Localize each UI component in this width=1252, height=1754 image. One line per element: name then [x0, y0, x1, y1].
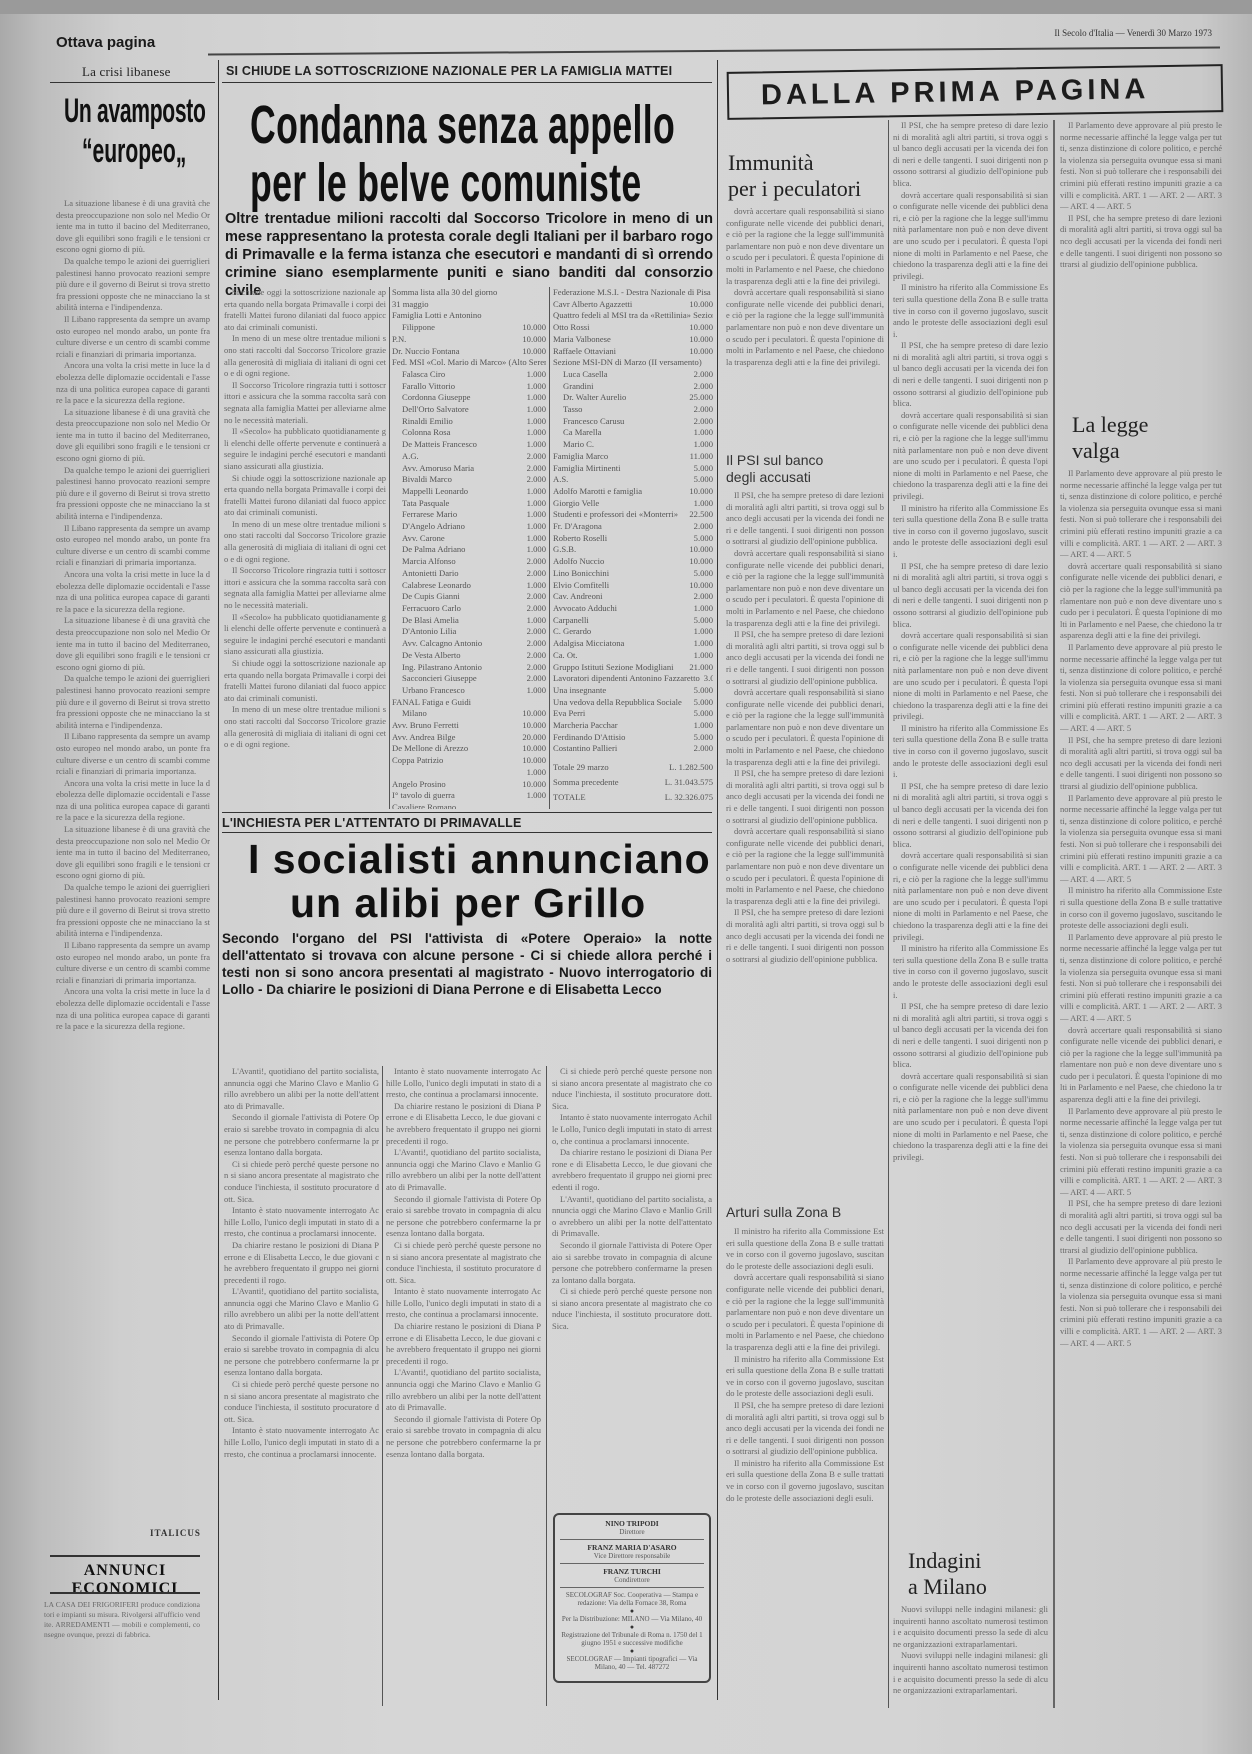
subscriber-name: Falasca Ciro	[392, 369, 445, 381]
subscription-amount: 1.000	[523, 392, 546, 404]
subscription-row: Avv. Carone1.000	[392, 533, 546, 545]
subscriber-name: De Blasi Amelia	[392, 615, 459, 627]
masthead-line: Registrazione del Tribunale di Roma n. 1…	[560, 1631, 704, 1647]
subscriber-name: Ferdinando D'Attisio	[553, 732, 625, 744]
subscription-row: Tata Pasquale1.000	[392, 498, 546, 510]
subscriber-name: Ca Marella	[553, 427, 601, 439]
subscriber-name: Totale 29 marzo	[553, 760, 609, 775]
subscriber-name: Filippone	[392, 322, 435, 334]
masthead-divider	[560, 1587, 704, 1588]
subscription-row: Costantino Pallieri2.000	[553, 743, 713, 755]
subscriber-name: Somma lista alla 30 del giorno	[392, 287, 497, 299]
subscriber-name: Milano	[392, 708, 427, 720]
subscriber-name: Adalgisa Micciatona	[553, 638, 624, 650]
subscription-amount	[542, 287, 546, 299]
subscriber-name: Luca Casella	[553, 369, 608, 381]
subscription-amount	[542, 802, 546, 809]
subscription-amount: 2.000	[523, 463, 546, 475]
primavalle-body-col2: Intanto è stato nuovamente interrogato A…	[386, 1066, 541, 1706]
masthead-divider	[560, 1563, 704, 1564]
masthead-line: SECOLOGRAF — Impianti tipografici — Via …	[560, 1655, 704, 1671]
subscription-row: 1.000	[392, 767, 546, 779]
left-kicker-rule	[50, 82, 215, 83]
subscription-row: De Vesta Alberto2.000	[392, 650, 546, 662]
subscription-row: Elvio Comfitelli10.000	[553, 580, 713, 592]
subscription-amount: 21.000	[685, 662, 713, 674]
subscriber-name: G.S.B.	[553, 544, 576, 556]
subscription-amount: 2.000	[523, 568, 546, 580]
subscription-amount: 10.000	[685, 322, 713, 334]
page-folio: Ottava pagina	[56, 34, 155, 51]
subscriber-name: Dr. Nuccio Fontana	[392, 346, 460, 358]
subscription-amount: 5.000	[690, 708, 713, 720]
subscription-row: Angelo Prosino10.000	[392, 779, 546, 791]
subscription-row: Totale 29 marzoL. 1.282.500	[553, 760, 713, 775]
subscriber-name: A.S.	[553, 474, 568, 486]
subscription-row: Marcia Alfonso2.000	[392, 556, 546, 568]
subscriber-name: Avv. Amoruso Maria	[392, 463, 474, 475]
article-legge-body: Il Parlamento deve approvare al più pres…	[1060, 468, 1222, 1708]
masthead-line: SECOLOGRAF Soc. Cooperativa — Stampa e r…	[560, 1591, 704, 1607]
article-continuation-body: Il PSI, che ha sempre preteso di dare le…	[893, 120, 1048, 1500]
subscription-amount: 1.000	[523, 486, 546, 498]
subscriber-name: Costantino Pallieri	[553, 743, 617, 755]
subscription-row: Rinaldi Emilio1.000	[392, 416, 546, 428]
subscriber-name: Avv. Calcagno Antonio	[392, 638, 482, 650]
subscription-row: De Cupis Gianni2.000	[392, 591, 546, 603]
subscriber-name: Carpanelli	[553, 615, 589, 627]
dalla-prima-pagina-banner: DALLA PRIMA PAGINA	[727, 64, 1224, 120]
subscription-amount: 1.000	[690, 439, 713, 451]
subscriber-name: Roberto Roselli	[553, 533, 607, 545]
subscription-amount: 22.500	[685, 509, 713, 521]
subscription-amount: 11.000	[686, 451, 713, 463]
subscription-amount: 2.000	[523, 556, 546, 568]
subscription-row: Mappelli Leonardo1.000	[392, 486, 546, 498]
masthead-line: NINO TRIPODI	[560, 1519, 704, 1528]
subscriber-name: De Mellone di Arezzo	[392, 743, 468, 755]
subscription-amount: 1.000	[523, 615, 546, 627]
subscriber-name: Cavr Alberto Agazzetti	[553, 299, 632, 311]
subscriber-name: Studenti e professori dei «Monterri»	[553, 509, 678, 521]
article-immunita-title: Immunità per i peculatori	[728, 150, 861, 202]
subscription-row: Somma lista alla 30 del giorno	[392, 287, 546, 299]
subscription-amount: 10.000	[518, 743, 546, 755]
subscription-amount: 1.000	[690, 427, 713, 439]
subscription-row: Coppa Patrizio10.000	[392, 755, 546, 767]
subscription-row: Adolfo Nuccio10.000	[553, 556, 713, 568]
subscription-amount: 25.000	[685, 392, 713, 404]
subscription-amount: 1.000	[523, 369, 546, 381]
masthead-divider	[560, 1539, 704, 1540]
primavalle-divider-1	[382, 1066, 383, 1706]
subscription-amount: 2.000	[690, 404, 713, 416]
subscription-amount: 2.000	[690, 591, 713, 603]
subscription-row: Dr. Walter Aurelio25.000	[553, 392, 713, 404]
subscription-row: Avv. Calcagno Antonio2.000	[392, 638, 546, 650]
subscriber-name: Antonietti Dario	[392, 568, 459, 580]
subscriber-name: Lino Bonicchini	[553, 568, 609, 580]
subscription-row: Marcheria Pacchar1.000	[553, 720, 713, 732]
subscription-amount: 1.000	[690, 498, 713, 510]
subscription-row: Avvocato Adduchi1.000	[553, 603, 713, 615]
subscriber-name: Avv. Bruno Ferretti	[392, 720, 459, 732]
subscriber-name: C. Gerardo	[553, 626, 591, 638]
subscription-row: Famiglia Lotti e Antonino	[392, 310, 546, 322]
subscription-amount: 1.000	[523, 416, 546, 428]
subscription-row: Studenti e professori dei «Monterri»22.5…	[553, 509, 713, 521]
subscriber-name: Una insegnante	[553, 685, 606, 697]
subscriber-name: De Palma Adriano	[392, 544, 465, 556]
subscription-row: Francesco Carusu2.000	[553, 416, 713, 428]
subscription-amount: 1.000	[690, 603, 713, 615]
subscriber-name: Adolfo Nuccio	[553, 556, 604, 568]
bullet-icon: ●	[560, 1607, 704, 1615]
subscriber-name: Mario C.	[553, 439, 594, 451]
subscription-amount: 2.000	[690, 743, 713, 755]
left-headline-line2: “europeo„	[82, 132, 186, 171]
classifieds-rule-top	[50, 1555, 200, 1557]
subscription-amount: 10.000	[518, 708, 546, 720]
subscriber-name: Famiglia Lotti e Antonino	[392, 310, 482, 322]
subscription-amount: 2.000	[523, 591, 546, 603]
subscriber-name: Una vedova della Repubblica Sociale	[553, 697, 682, 709]
article-indagini-body: Nuovi sviluppi nelle indagini milanesi: …	[893, 1604, 1048, 1708]
column-divider-center	[717, 60, 718, 1700]
subscriber-name: Fr. D'Aragona	[553, 521, 602, 533]
subscriber-name: Marcheria Pacchar	[553, 720, 618, 732]
subscriber-name: Elvio Comfitelli	[553, 580, 609, 592]
subscriber-name: Ferracuoro Carlo	[392, 603, 461, 615]
subscription-list-2: Federazione M.S.I. - Destra Nazionale di…	[553, 287, 713, 757]
subscription-amount: 5.000	[690, 463, 713, 475]
subscription-amount: 10.000	[685, 299, 713, 311]
subscriber-name: Quattro fedeli al MSI tra da «Rettilinia…	[553, 310, 713, 322]
subscription-amount: 2.000	[523, 662, 546, 674]
subscription-row: A.G.2.000	[392, 451, 546, 463]
left-article-body: La situazione libanese è di una gravità …	[56, 198, 210, 1476]
subscriber-name: Famiglia Mirtinenti	[553, 463, 621, 475]
classifieds-body: LA CASA DEI FRIGORIFERI produce condizio…	[44, 1600, 200, 1680]
subscriber-name: Avvocato Adduchi	[553, 603, 617, 615]
subscription-row: Bivaldi Marco2.000	[392, 474, 546, 486]
subscription-amount: 2.000	[523, 626, 546, 638]
primavalle-deck: Secondo l'organo del PSI l'attivista di …	[222, 930, 712, 998]
primavalle-headline-line2: un alibi per Grillo	[290, 880, 646, 927]
article-legge-title: La legge valga	[1072, 412, 1148, 464]
subscriber-name: Somma precedente	[553, 775, 619, 790]
subscription-amount: 2.000	[690, 416, 713, 428]
subscription-amount: 10.000	[518, 755, 546, 767]
subscriber-name: Fed. MSI «Col. Mario di Marco» (Alto Ser…	[392, 357, 546, 369]
subscription-amount: 1.000	[523, 404, 546, 416]
subscription-amount: 2.000	[523, 474, 546, 486]
subscriber-name: Raffaele Ottaviani	[553, 346, 616, 358]
subscription-row: Cavr Alberto Agazzetti10.000	[553, 299, 713, 311]
subscription-row: Otto Rossi10.000	[553, 322, 713, 334]
subscriber-name: Mappelli Leonardo	[392, 486, 468, 498]
subscription-amount: 10.000	[685, 755, 713, 757]
subscription-row: Dr. Nuccio Fontana10.000	[392, 346, 546, 358]
subscription-row: Grandini2.000	[553, 381, 713, 393]
subscription-amount: 1.000	[523, 427, 546, 439]
subscription-amount: 2.000	[523, 638, 546, 650]
subscription-amount: 1.000	[523, 790, 546, 802]
subscription-amount	[542, 697, 546, 709]
subscription-row: Roberto Roselli5.000	[553, 533, 713, 545]
subscription-amount: 2.000	[690, 381, 713, 393]
subscription-row: Raffaele Ottaviani10.000	[553, 346, 713, 358]
column-divider-left	[218, 60, 219, 1700]
subscription-amount: 2.000	[523, 650, 546, 662]
subscription-amount: 10.000	[518, 346, 546, 358]
subscriber-name: P.N.	[392, 334, 406, 346]
subscription-row: Carpanelli5.000	[553, 615, 713, 627]
subscriber-name: Francesco Carusu	[553, 416, 624, 428]
subscription-amount: 2.000	[523, 603, 546, 615]
subscription-row: Ing. Pilastrano Antonio2.000	[392, 662, 546, 674]
subscription-row: Una vedova della Repubblica Sociale5.000	[553, 697, 713, 709]
mattei-headline-line2: per le belve comuniste	[250, 152, 642, 214]
subscription-row: A.S.5.000	[553, 474, 713, 486]
subscription-row: Gruppo Istituti Sezione Modigliani21.000	[553, 662, 713, 674]
subscription-amount: 10.000	[518, 322, 546, 334]
subscriber-name: Angelo Prosino	[392, 779, 446, 791]
subscription-amount: 1.000	[523, 521, 546, 533]
subscriber-name: Urbano Francesco	[392, 685, 465, 697]
subscription-amount: 5.000	[690, 474, 713, 486]
subscription-amount: 1.000	[523, 509, 546, 521]
bullet-icon: ●	[560, 1623, 704, 1631]
subscription-amount: 1.000	[523, 533, 546, 545]
subscriber-name: Giorgio Velle	[553, 498, 599, 510]
subscription-row: Ca. Ot.1.000	[553, 650, 713, 662]
subscriber-name: Ferrarese Mario	[392, 509, 457, 521]
subscription-row: P.N.10.000	[392, 334, 546, 346]
subscriber-name: Grandini	[553, 381, 594, 393]
subscriber-name: D'Antonio Lilia	[392, 626, 456, 638]
subscription-amount: 1.000	[523, 381, 546, 393]
subscription-row: Maria Valbonese10.000	[553, 334, 713, 346]
subscription-row: D'Antonio Lilia2.000	[392, 626, 546, 638]
subscription-totals: Totale 29 marzoL. 1.282.500Somma precede…	[553, 760, 713, 810]
subscription-row: C. Gerardo1.000	[553, 626, 713, 638]
classifieds-rule-bottom	[50, 1592, 200, 1594]
subscription-row: Avv. Bruno Ferretti10.000	[392, 720, 546, 732]
subscriber-name: Cavaliere Romano	[392, 802, 456, 809]
subscriber-name: Lavoratori dipendenti Antonino Fazzarett…	[553, 673, 700, 685]
subscription-amount: 10.000	[685, 556, 713, 568]
subscriber-name: TOTALE	[553, 790, 586, 805]
subscriber-name: Dell'Orto Salvatore	[392, 404, 469, 416]
subscription-amount: 5.000	[690, 533, 713, 545]
subscription-row: Sacconcieri Giuseppe2.000	[392, 673, 546, 685]
dateline: Il Secolo d'Italia — Venerdì 30 Marzo 19…	[1054, 28, 1212, 38]
masthead-line: Condirettore	[560, 1576, 704, 1584]
subscription-row: Mario C.1.000	[553, 439, 713, 451]
subscriber-name: Sacconcieri Giuseppe	[392, 673, 477, 685]
subscription-amount: 1.000	[690, 626, 713, 638]
subscriber-name: Tasso	[553, 404, 582, 416]
subscriber-name: Ing. Pilastrano Antonio	[392, 662, 482, 674]
subscription-amount: 10.000	[518, 720, 546, 732]
subscription-row: Lino Bonicchini5.000	[553, 568, 713, 580]
subscription-row: Calabrese Leonardo1.000	[392, 580, 546, 592]
banner-text: DALLA PRIMA PAGINA	[761, 73, 1150, 112]
subscription-row: I° tavolo di guerra1.000	[392, 790, 546, 802]
subscriber-name: Rinaldi Emilio	[392, 416, 453, 428]
subscription-amount: 2.000	[523, 451, 546, 463]
subscription-amount: 2.000	[690, 521, 713, 533]
subscription-row: Giorgio Velle1.000	[553, 498, 713, 510]
scan-top-edge	[0, 0, 1252, 14]
subscriber-name: D'Angelo Adriano	[392, 521, 465, 533]
subscription-amount: 107.500	[711, 287, 713, 299]
subscription-amount: 5.000	[690, 615, 713, 627]
subscriber-name: Adolfo Marotti e famiglia	[553, 486, 642, 498]
subscription-row: Eva Perri5.000	[553, 708, 713, 720]
subscriber-name: Famiglia Marco	[553, 451, 608, 463]
subscription-row: Ferrarese Mario1.000	[392, 509, 546, 521]
subscription-amount	[542, 310, 546, 322]
left-signature: ITALICUS	[150, 1528, 201, 1538]
subscription-row: Fed. MSI «Col. Mario di Marco» (Alto Ser…	[392, 357, 546, 369]
subscription-amount: L. 1.282.500	[665, 760, 713, 775]
right-divider-1	[888, 120, 889, 1708]
subscription-row: Quattro fedeli al MSI tra da «Rettilinia…	[553, 310, 713, 322]
subscription-row: TOTALEL. 32.326.075	[553, 790, 713, 805]
subscriber-name: Dr. Walter Aurelio	[553, 392, 626, 404]
subscription-amount: 10.000	[685, 580, 713, 592]
subscription-amount: 5.000	[690, 697, 713, 709]
subscriber-name: Cav. Andreoni	[553, 591, 603, 603]
subscription-amount: 1.000	[690, 638, 713, 650]
subscription-amount: 1.000	[523, 767, 546, 779]
subscription-amount: 1.000	[523, 544, 546, 556]
subscription-amount: 1.000	[690, 720, 713, 732]
subscription-amount: 2.000	[523, 673, 546, 685]
subscriber-name: Avv. Carone	[392, 533, 445, 545]
subscription-row: Federazione M.S.I. - Destra Nazionale di…	[553, 287, 713, 299]
mattei-headline-line1: Condanna senza appello	[250, 94, 675, 156]
subscription-row: Luca Casella2.000	[553, 369, 713, 381]
subscriber-name: I° tavolo di guerra	[392, 790, 455, 802]
subscription-amount: 10.000	[518, 334, 546, 346]
subscription-list-1: Somma lista alla 30 del giorno31 maggioF…	[392, 287, 546, 809]
primavalle-rule-top	[222, 812, 712, 813]
mattei-kicker-rule	[222, 82, 712, 83]
article-arturi-body: Il ministro ha riferito alla Commissione…	[726, 1226, 884, 1708]
subscription-row: Una insegnante5.000	[553, 685, 713, 697]
subscriber-name: De Cupis Gianni	[392, 591, 460, 603]
subscriber-name: Cordonna Giuseppe	[392, 392, 471, 404]
article-prev-continuation: Il Parlamento deve approvare al più pres…	[1060, 120, 1222, 400]
subscriber-name: Eva Perri	[553, 708, 585, 720]
subscription-row: Adolfo Marotti e famiglia10.000	[553, 486, 713, 498]
subscription-row: Adalgisa Micciatona1.000	[553, 638, 713, 650]
mattei-divider-2	[549, 287, 550, 809]
subscriber-name: FANAL Fatiga e Guidi	[392, 697, 471, 709]
subscriber-name: A.G.	[392, 451, 419, 463]
subscriber-name: Sezione MSI-DN di Marzo (II versamento)	[553, 357, 702, 369]
subscription-amount: 10.000	[685, 334, 713, 346]
subscription-row: Fr. D'Aragona2.000	[553, 521, 713, 533]
subscription-row: De Matteis Francesco1.000	[392, 439, 546, 451]
article-arturi-title: Arturi sulla Zona B	[726, 1204, 841, 1220]
subscriber-name: De Matteis Francesco	[392, 439, 477, 451]
subscription-amount: 1.000	[690, 650, 713, 662]
subscriber-name: Calabrese Leonardo	[392, 580, 471, 592]
subscriber-name: Ca. Ot.	[553, 650, 578, 662]
subscription-amount: 5.000	[690, 568, 713, 580]
article-psi-body: Il PSI, che ha sempre preteso di dare le…	[726, 490, 884, 1196]
subscriber-name: Marcia Alfonso	[392, 556, 456, 568]
folio-rule	[208, 46, 1220, 55]
primavalle-headline-line1: I socialisti annunciano	[248, 836, 711, 883]
subscription-row: Filippone10.000	[392, 322, 546, 334]
masthead-line: FRANZ MARIA D'ASARO	[560, 1543, 704, 1552]
subscription-row: Famiglia Marco11.000	[553, 451, 713, 463]
masthead-line: Per la Distribuzione: MILANO — Via Milan…	[560, 1615, 704, 1623]
subscription-row: Cav. Andreoni2.000	[553, 591, 713, 603]
subscription-amount: 20.000	[518, 732, 546, 744]
left-headline-line1: Un avamposto	[64, 92, 206, 131]
primavalle-body-col3: Ci si chiede però perché queste persone …	[552, 1066, 712, 1506]
subscription-row: Cavaliere Romano	[392, 802, 546, 809]
subscription-row: Avv. Amoruso Maria2.000	[392, 463, 546, 475]
subscription-amount: L. 31.043.575	[661, 775, 713, 790]
subscription-row: Ferdinando D'Attisio5.000	[553, 732, 713, 744]
subscriber-name: Farallo Vittorio	[392, 381, 455, 393]
subscriber-name: Otto Rossi	[553, 322, 590, 334]
masthead-line: Direttore	[560, 1528, 704, 1536]
subscription-row: Avv. Andrea Bilge20.000	[392, 732, 546, 744]
subscription-amount: 10.000	[518, 779, 546, 791]
subscription-amount: 5.000	[690, 732, 713, 744]
article-psi-title: Il PSI sul banco degli accusati	[726, 452, 823, 486]
subscription-row: 31 maggio	[392, 299, 546, 311]
subscription-row: Milano10.000	[392, 708, 546, 720]
article-immunita-body: dovrà accertare quali responsabilità si …	[726, 206, 884, 450]
subscription-amount: 2.000	[690, 369, 713, 381]
subscription-row: Sezione MSI-DN di Marzo (II versamento)	[553, 357, 713, 369]
subscription-amount: 1.000	[523, 685, 546, 697]
article-indagini-title: Indagini a Milano	[908, 1548, 987, 1600]
subscription-amount: 1.000	[523, 498, 546, 510]
subscription-amount: 10.000	[685, 544, 713, 556]
masthead-line: FRANZ TURCHI	[560, 1567, 704, 1576]
subscription-row: De Mellone di Arezzo10.000	[392, 743, 546, 755]
subscription-row: Urbano Francesco1.000	[392, 685, 546, 697]
subscription-amount: 3.000	[700, 673, 713, 685]
subscription-row: Dell'Orto Salvatore1.000	[392, 404, 546, 416]
subscription-row: Tasso2.000	[553, 404, 713, 416]
subscription-amount	[542, 299, 546, 311]
subscriber-name: Tata Pasquale	[392, 498, 449, 510]
primavalle-divider-2	[546, 1066, 547, 1706]
subscription-row: Falasca Ciro1.000	[392, 369, 546, 381]
subscription-row: Domenico Palamone10.000	[553, 755, 713, 757]
subscription-amount: 1.000	[523, 439, 546, 451]
subscriber-name: Federazione M.S.I. - Destra Nazionale di…	[553, 287, 711, 299]
primavalle-rule-bottom	[222, 832, 712, 833]
subscription-row: Farallo Vittorio1.000	[392, 381, 546, 393]
subscription-amount: 10.000	[685, 486, 713, 498]
subscription-row: Antonietti Dario2.000	[392, 568, 546, 580]
subscription-row: Colonna Rosa1.000	[392, 427, 546, 439]
subscriber-name: Maria Valbonese	[553, 334, 611, 346]
subscription-row: D'Angelo Adriano1.000	[392, 521, 546, 533]
